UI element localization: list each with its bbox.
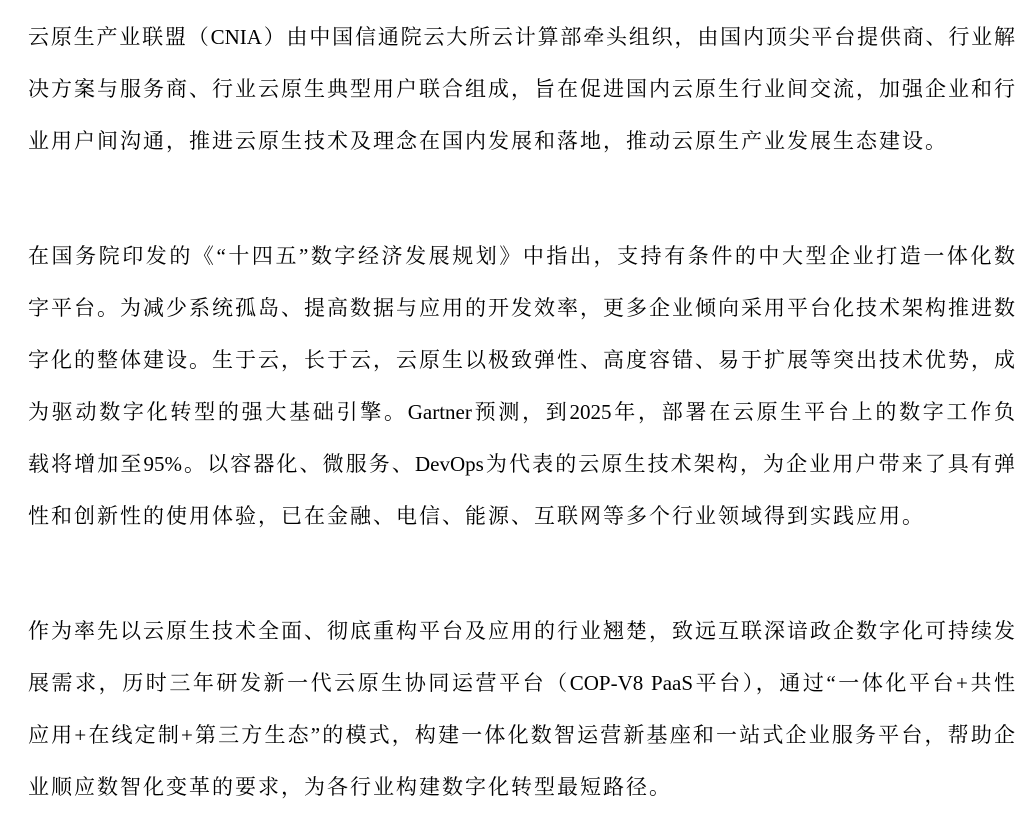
- text-line: 云原生产业联盟（CNIA）由中国信通院云大所云计算部牵头组织，由国内顶尖平台提供…: [28, 11, 1015, 63]
- text-line: 字化的整体建设。生于云，长于云，云原生以极致弹性、高度容错、易于扩展等突出技术优…: [28, 334, 1015, 386]
- text-line: 在国务院印发的《“十四五”数字经济发展规划》中指出，支持有条件的中大型企业打造一…: [28, 230, 1015, 282]
- text-line: 性和创新性的使用体验，已在金融、电信、能源、互联网等多个行业领域得到实践应用。: [28, 490, 1015, 542]
- text-line: 字平台。为减少系统孤岛、提高数据与应用的开发效率，更多企业倾向采用平台化技术架构…: [28, 282, 1015, 334]
- text-line: 决方案与服务商、行业云原生典型用户联合组成，旨在促进国内云原生行业间交流，加强企…: [28, 63, 1015, 115]
- text-line: 业用户间沟通，推进云原生技术及理念在国内发展和落地，推动云原生产业发展生态建设。: [28, 115, 1015, 167]
- document-page: 云原生产业联盟（CNIA）由中国信通院云大所云计算部牵头组织，由国内顶尖平台提供…: [0, 0, 1023, 813]
- text-line: 展需求，历时三年研发新一代云原生协同运营平台（COP-V8 PaaS平台），通过…: [28, 657, 1015, 709]
- text-line: 业顺应数智化变革的要求，为各行业构建数字化转型最短路径。: [28, 761, 1015, 813]
- text-line: 载将增加至95%。以容器化、微服务、DevOps为代表的云原生技术架构，为企业用…: [28, 438, 1015, 490]
- paragraph-cnia-intro: 云原生产业联盟（CNIA）由中国信通院云大所云计算部牵头组织，由国内顶尖平台提供…: [28, 11, 1015, 167]
- text-line: 应用+在线定制+第三方生态”的模式，构建一体化数智运营新基座和一站式企业服务平台…: [28, 709, 1015, 761]
- text-line: 作为率先以云原生技术全面、彻底重构平台及应用的行业翘楚，致远互联深谙政企数字化可…: [28, 605, 1015, 657]
- paragraph-policy-cloud-native: 在国务院印发的《“十四五”数字经济发展规划》中指出，支持有条件的中大型企业打造一…: [28, 230, 1015, 542]
- text-line: 为驱动数字化转型的强大基础引擎。Gartner预测，到2025年，部署在云原生平…: [28, 386, 1015, 438]
- paragraph-cop-v8-platform: 作为率先以云原生技术全面、彻底重构平台及应用的行业翘楚，致远互联深谙政企数字化可…: [28, 605, 1015, 813]
